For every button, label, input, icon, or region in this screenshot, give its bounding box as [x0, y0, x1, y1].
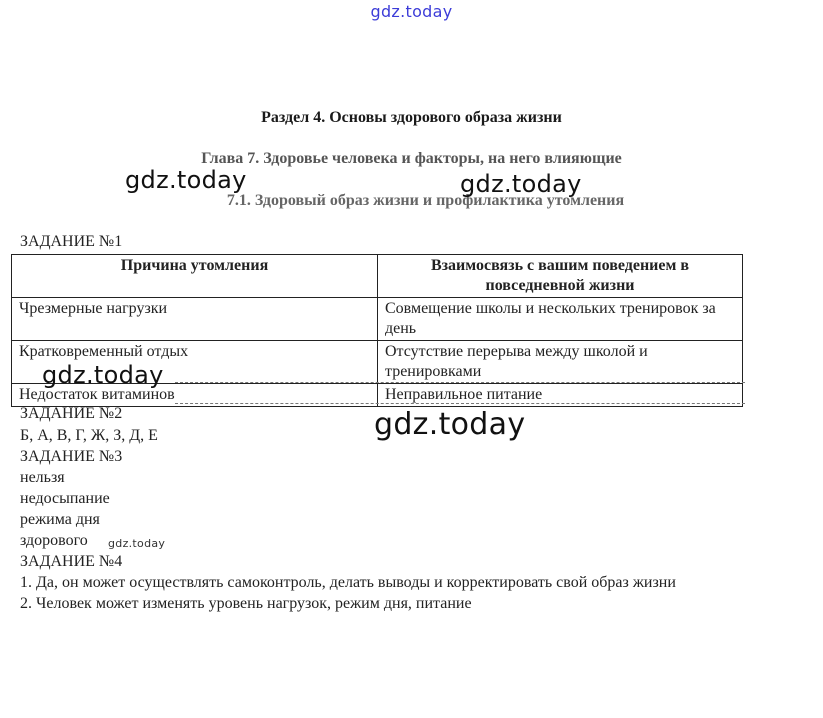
- table-cell-relation: Отсутствие перерыва между школой и трени…: [378, 341, 743, 384]
- subchapter-title: 7.1. Здоровый образ жизни и профилактика…: [14, 192, 823, 210]
- scan-artifact-line: [175, 403, 745, 404]
- watermark-overlay: gdz.today: [460, 170, 582, 198]
- section-title: Раздел 4. Основы здорового образа жизни: [0, 109, 823, 127]
- task-3-answer-item: нельзя: [20, 469, 65, 487]
- task-3-answer-item: режима дня: [20, 511, 100, 529]
- task-2-answer: Б, А, В, Г, Ж, З, Д, Е: [20, 427, 158, 445]
- column-header-relation: Взаимосвязь с вашим поведением в повседн…: [378, 255, 743, 298]
- table-cell-cause: Чрезмерные нагрузки: [12, 298, 378, 341]
- watermark-top: gdz.today: [0, 2, 823, 21]
- task-4-answer-item: 1. Да, он может осуществлять самоконтрол…: [20, 574, 676, 592]
- task-4-label: ЗАДАНИЕ №4: [20, 553, 122, 571]
- task-3-answer-item: здорового: [20, 532, 88, 550]
- task-3-label: ЗАДАНИЕ №3: [20, 448, 122, 466]
- watermark-overlay: gdz.today: [42, 361, 164, 389]
- table-row: Чрезмерные нагрузки Совмещение школы и н…: [12, 298, 743, 341]
- table-header-row: Причина утомления Взаимосвязь с вашим по…: [12, 255, 743, 298]
- watermark-overlay: gdz.today: [374, 407, 525, 442]
- scan-artifact-line: [175, 382, 745, 383]
- table-cell-relation: Совмещение школы и нескольких тренировок…: [378, 298, 743, 341]
- task-1-label: ЗАДАНИЕ №1: [20, 233, 122, 251]
- task-3-answer-item: недосыпание: [20, 490, 110, 508]
- watermark-overlay: gdz.today: [108, 537, 165, 550]
- column-header-cause: Причина утомления: [12, 255, 378, 298]
- watermark-overlay: gdz.today: [125, 166, 247, 194]
- chapter-title: Глава 7. Здоровье человека и факторы, на…: [0, 150, 823, 168]
- task-4-answer-item: 2. Человек может изменять уровень нагруз…: [20, 595, 472, 613]
- task-2-label: ЗАДАНИЕ №2: [20, 405, 122, 423]
